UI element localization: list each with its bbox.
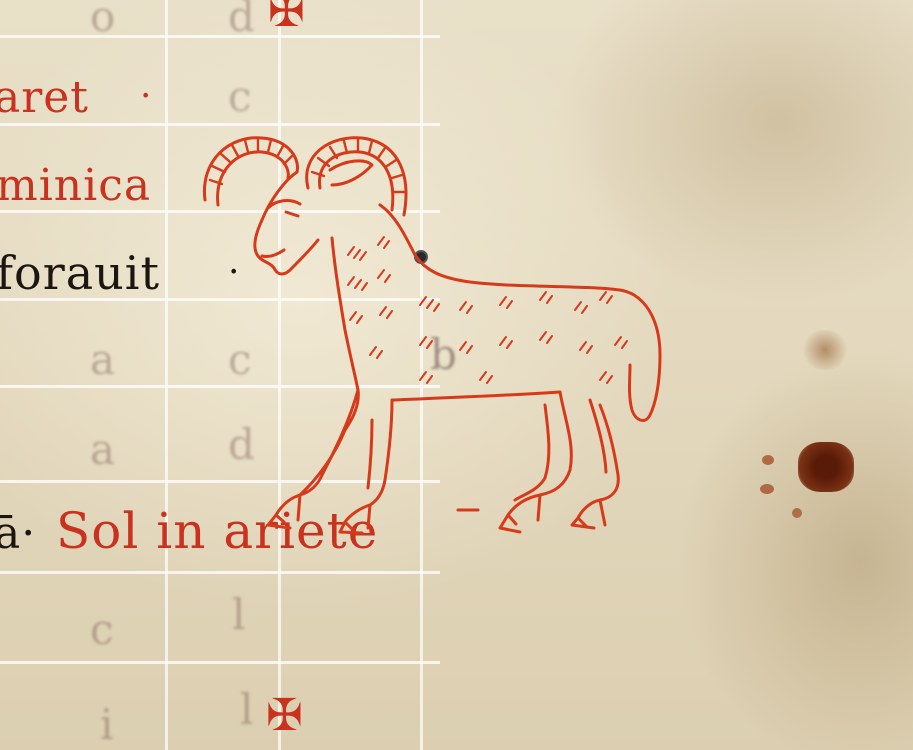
manuscript-page: o d c a c a d c l i l b ✠ ✠ aret · minic… [0,0,913,750]
ram-illustration-icon [0,0,913,750]
